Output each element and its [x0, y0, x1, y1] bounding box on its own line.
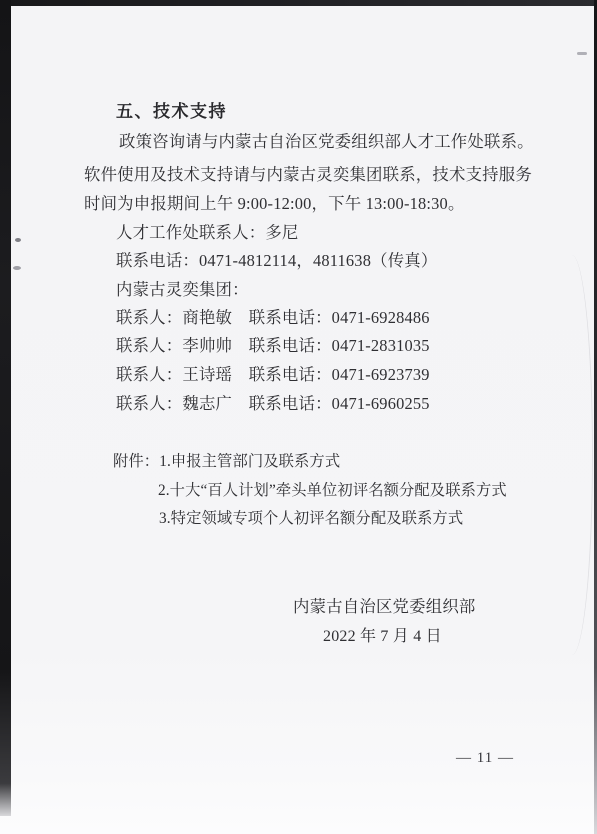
issuer-signature: 内蒙古自治区党委组织部	[293, 596, 476, 618]
contact-line: 联系电话：0471-4812114，4811638（传真）	[116, 250, 437, 272]
paragraph-line: 软件使用及技术支持请与内蒙古灵奕集团联系，技术支持服务	[84, 164, 532, 186]
attachments-lead: 附件：1.申报主管部门及联系方式	[113, 451, 340, 473]
section-heading: 五、技术支持	[116, 101, 227, 123]
attachment-item: 3.特定领域专项个人初评名额分配及联系方式	[159, 508, 463, 530]
scan-edge-top	[0, 0, 597, 6]
scan-speck	[15, 238, 21, 242]
scan-speck	[13, 266, 21, 270]
contact-line: 人才工作处联系人：多尼	[116, 222, 299, 244]
contact-line: 内蒙古灵奕集团：	[116, 279, 249, 301]
contact-line: 联系人：魏志广 联系电话：0471-6960255	[116, 393, 430, 415]
contact-line: 联系人：商艳敏 联系电话：0471-6928486	[116, 307, 430, 329]
issue-date: 2022 年 7 月 4 日	[323, 626, 442, 648]
scan-speck	[577, 52, 587, 55]
scan-edge-left	[0, 0, 11, 816]
paragraph-line: 时间为申报期间上午 9:00-12:00，下午 13:00-18:30。	[84, 193, 465, 215]
page-number: — 11 —	[456, 747, 514, 769]
attachment-item: 2.十大“百人计划”牵头单位初评名额分配及联系方式	[158, 480, 507, 502]
contact-line: 联系人：李帅帅 联系电话：0471-2831035	[116, 335, 430, 357]
contact-line: 联系人：王诗瑶 联系电话：0471-6923739	[116, 364, 430, 386]
paragraph-line: 政策咨询请与内蒙古自治区党委组织部人才工作处联系。	[119, 131, 534, 153]
scanned-document-page: 五、技术支持 政策咨询请与内蒙古自治区党委组织部人才工作处联系。 软件使用及技术…	[0, 0, 597, 834]
scan-crease-line	[558, 255, 593, 655]
